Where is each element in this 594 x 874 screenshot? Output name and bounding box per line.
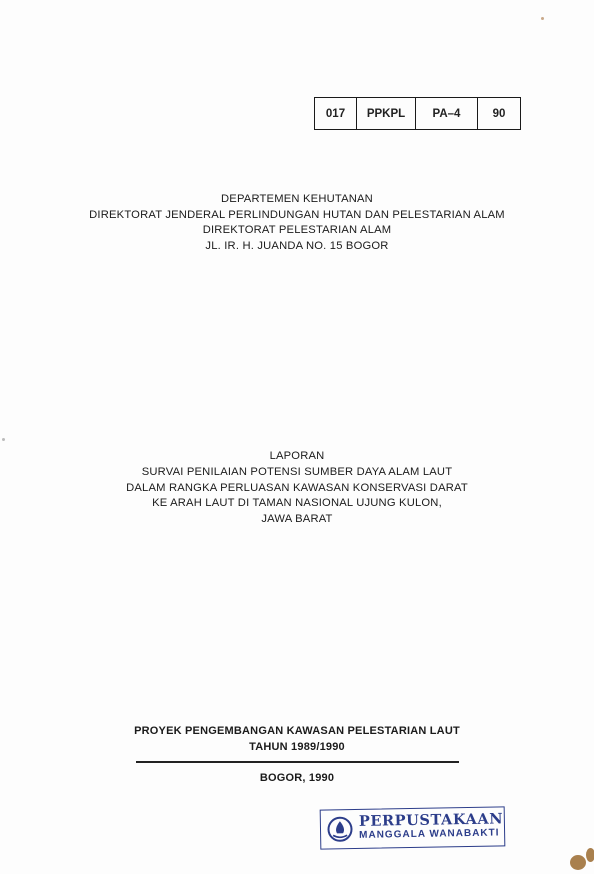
code-cell-series: PA–4 xyxy=(416,98,478,129)
title-line: KE ARAH LAUT DI TAMAN NASIONAL UJUNG KUL… xyxy=(0,496,594,512)
library-stamp: PERPUSTAKAAN MANGGALA WANABAKTI xyxy=(320,806,506,849)
title-line: SURVAI PENILAIAN POTENSI SUMBER DAYA ALA… xyxy=(0,465,594,481)
place-date: BOGOR, 1990 xyxy=(0,770,594,786)
paper-stain xyxy=(570,855,586,870)
paper-speck xyxy=(541,17,544,20)
stamp-subtitle: MANGGALA WANABAKTI xyxy=(359,826,503,843)
header-line: DIREKTORAT JENDERAL PERLINDUNGAN HUTAN D… xyxy=(0,208,594,224)
divider xyxy=(136,761,459,763)
institution-header: DEPARTEMEN KEHUTANAN DIREKTORAT JENDERAL… xyxy=(0,192,594,254)
header-line: JL. IR. H. JUANDA NO. 15 BOGOR xyxy=(0,239,594,255)
library-emblem-icon xyxy=(327,816,353,842)
paper-stain xyxy=(586,848,594,862)
paper-speck xyxy=(2,438,5,441)
header-line: DEPARTEMEN KEHUTANAN xyxy=(0,192,594,208)
report-title: LAPORAN SURVAI PENILAIAN POTENSI SUMBER … xyxy=(0,449,594,528)
publisher-footer: PROYEK PENGEMBANGAN KAWASAN PELESTARIAN … xyxy=(0,723,594,786)
header-line: DIREKTORAT PELESTARIAN ALAM xyxy=(0,223,594,239)
title-line: DALAM RANGKA PERLUASAN KAWASAN KONSERVAS… xyxy=(0,481,594,497)
title-line: LAPORAN xyxy=(0,449,594,465)
catalog-code-box: 017 PPKPL PA–4 90 xyxy=(314,97,521,130)
code-cell-number: 017 xyxy=(315,98,357,129)
project-year: TAHUN 1989/1990 xyxy=(0,739,594,755)
project-name: PROYEK PENGEMBANGAN KAWASAN PELESTARIAN … xyxy=(0,723,594,739)
code-cell-unit: PPKPL xyxy=(357,98,416,129)
title-line: JAWA BARAT xyxy=(0,512,594,528)
code-cell-year: 90 xyxy=(478,98,520,129)
